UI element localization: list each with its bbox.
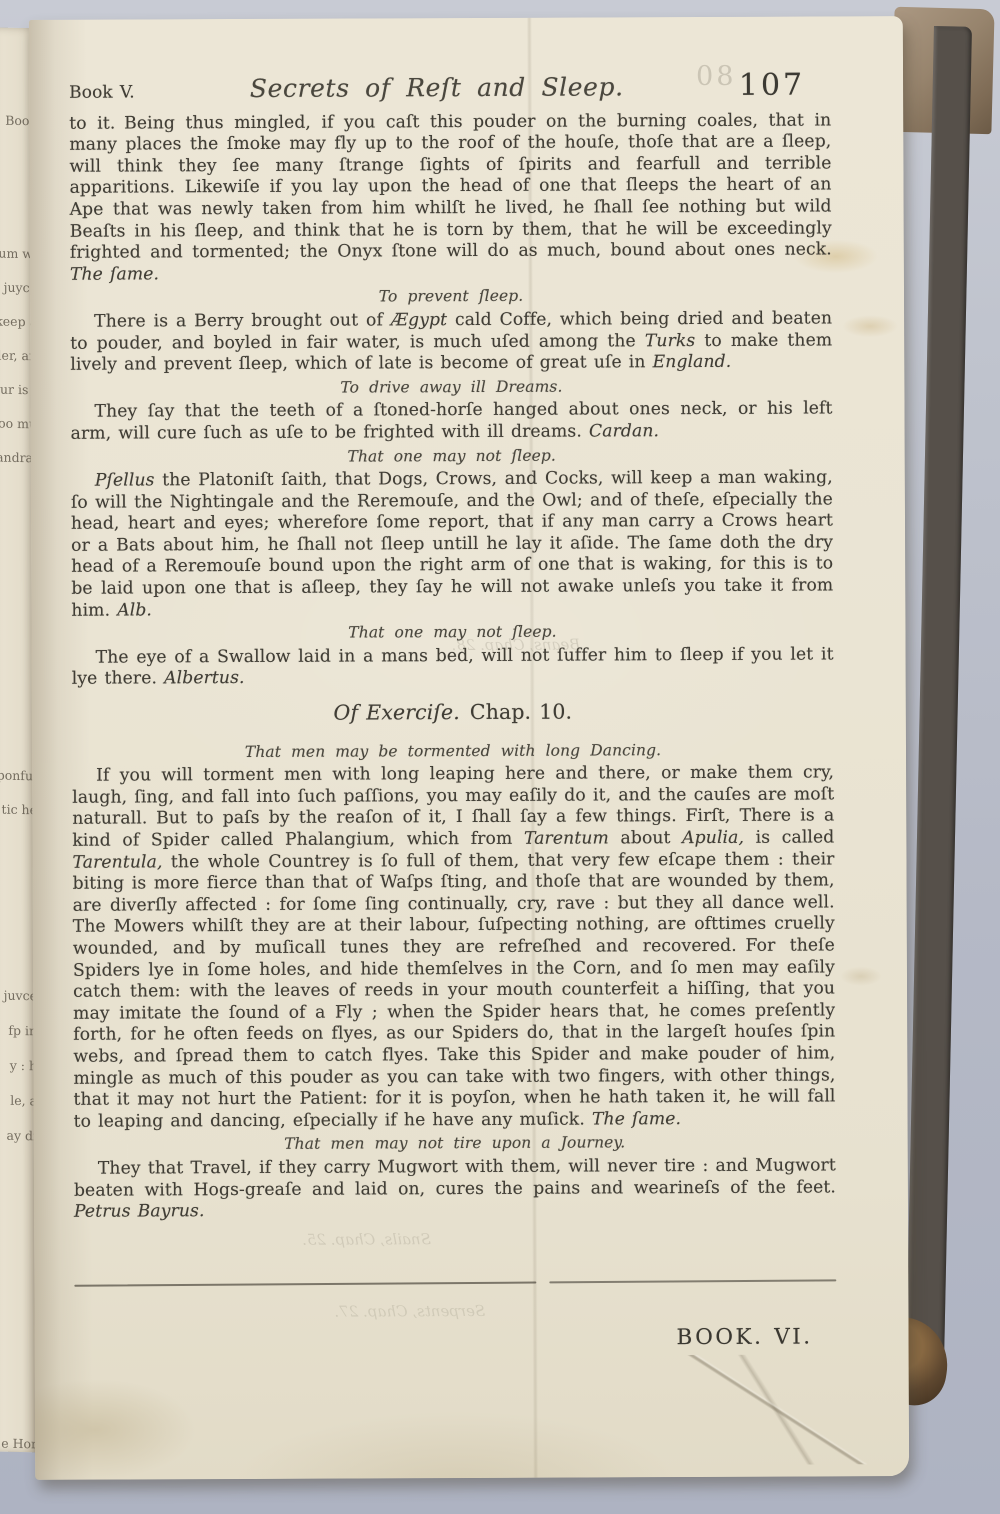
italic-term: Ægypt xyxy=(391,310,447,330)
paragraph-text: the Platoniſt ſaith, that Dogs, Crows, a… xyxy=(71,468,833,621)
citation: Cardan. xyxy=(589,421,659,441)
section-heading: To prevent ſleep. xyxy=(70,285,832,310)
paragraph-text: is called xyxy=(744,827,834,847)
citation: The ſame. xyxy=(592,1109,681,1129)
section-heading: To drive away ill Dreams. xyxy=(70,375,832,400)
running-title: Secrets of Reſt and Sleep. xyxy=(135,76,739,100)
photo-backdrop: Book num wi juyce keep a der, an our is … xyxy=(0,0,1000,1514)
chapter-heading: Of Exerciſe.Chap. 10. xyxy=(72,700,834,725)
paragraph-text: about xyxy=(609,828,682,848)
divider-rule-segment xyxy=(549,1279,836,1283)
chapter-title: Of Exerciſe. xyxy=(333,700,459,725)
edge-text-fragment: ay di xyxy=(7,1128,38,1144)
section-heading: That men may be tormented with long Danc… xyxy=(72,739,834,764)
book-label: Book V. xyxy=(69,82,135,104)
page-corner-fold xyxy=(687,1354,867,1465)
section-heading: That men may not tire upon a Journey. xyxy=(74,1132,836,1157)
paragraph: They that Travel, if they carry Mugwort … xyxy=(74,1155,836,1223)
section-heading: That one may not ſleep. xyxy=(71,444,833,469)
paragraph: The eye of a Swallow laid in a mans bed,… xyxy=(72,644,834,691)
paragraph-text: They ſay that the teeth of a ſtoned-horſ… xyxy=(71,399,833,444)
paragraph: There is a Berry brought out of Ægypt ca… xyxy=(70,308,832,376)
page-number: 107 xyxy=(739,74,831,96)
paragraph-text: to it. Being thus mingled, if you caſt t… xyxy=(69,110,832,263)
edge-text-fragment: e Hor xyxy=(1,1436,37,1452)
paragraph-text: They that Travel, if they carry Mugwort … xyxy=(74,1155,836,1200)
paragraph-text: the whole Countrey is ſo full of them, t… xyxy=(73,849,836,1131)
citation: The ſame. xyxy=(70,264,159,284)
divider-rule-segment xyxy=(74,1281,536,1286)
italic-term: Pſellus xyxy=(95,470,155,490)
divider-rule xyxy=(74,1279,836,1286)
paragraph-text: There is a Berry brought out of xyxy=(94,310,391,331)
citation: Petrus Bayrus. xyxy=(74,1201,205,1222)
italic-term: Tarentum xyxy=(524,828,609,848)
section-heading: That one may not ſleep. xyxy=(71,621,833,646)
citation: Alb. xyxy=(117,600,152,620)
paragraph: If you will torment men with long leapin… xyxy=(72,763,836,1133)
book-page: 80 Beans, Chap. 28. Snails, Chap. 25. Se… xyxy=(29,16,909,1480)
italic-term: Tarentula, xyxy=(72,852,162,872)
chapter-number: Chap. 10. xyxy=(470,700,572,724)
next-book-label: BOOK. VI. xyxy=(75,1326,837,1351)
paragraph: They ſay that the teeth of a ſtoned-horſ… xyxy=(70,399,832,446)
italic-term: Turks xyxy=(645,331,696,351)
edge-text-fragment: juvce xyxy=(4,988,37,1004)
page-text: Book V. Secrets of Reſt and Sleep. 107 t… xyxy=(69,74,837,1351)
citation: Albertus. xyxy=(164,668,245,688)
italic-term: Apulia, xyxy=(682,828,744,848)
paragraph: to it. Being thus mingled, if you caſt t… xyxy=(69,110,832,286)
italic-term: England. xyxy=(653,352,732,372)
running-header: Book V. Secrets of Reſt and Sleep. 107 xyxy=(69,74,831,104)
paragraph: Pſellus the Platoniſt ſaith, that Dogs, … xyxy=(71,468,834,622)
